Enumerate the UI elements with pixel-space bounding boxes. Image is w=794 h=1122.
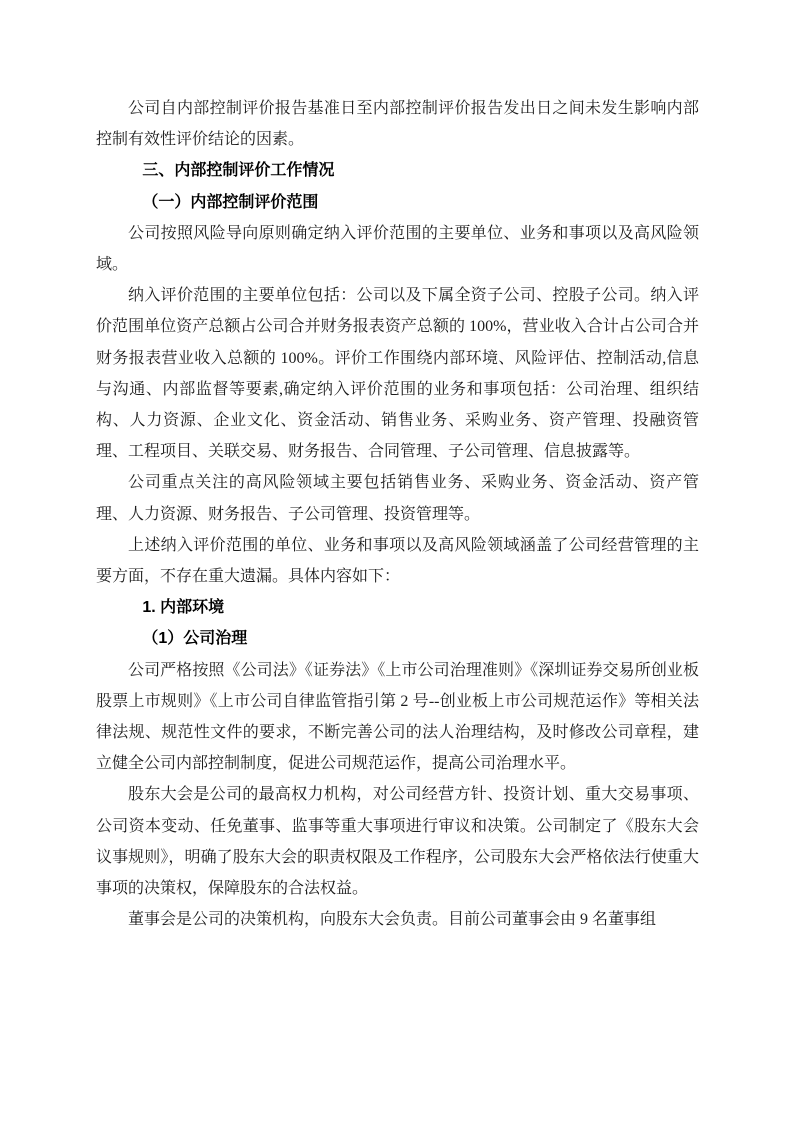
paragraph-no-major-omission: 上述纳入评价范围的单位、业务和事项以及高风险领域涵盖了公司经营管理的主要方面，不…: [96, 530, 699, 592]
paragraph-risk-oriented-principle: 公司按照风险导向原则确定纳入评价范围的主要单位、业务和事项以及高风险领域。: [96, 218, 699, 280]
paragraph-laws-and-governance-structure: 公司严格按照《公司法》《证券法》《上市公司治理准则》《深圳证券交易所创业板股票上…: [96, 655, 699, 780]
paragraph-high-risk-areas: 公司重点关注的高风险领域主要包括销售业务、采购业务、资金活动、资产管理、人力资源…: [96, 467, 699, 529]
paragraph-scope-units-and-items: 纳入评价范围的主要单位包括：公司以及下属全资子公司、控股子公司。纳入评价范围单位…: [96, 280, 699, 467]
paragraph-carryover-factors: 公司自内部控制评价报告基准日至内部控制评价报告发出日之间未发生影响内部控制有效性…: [96, 93, 699, 155]
section-heading-evaluation-work: 三、内部控制评价工作情况: [96, 155, 699, 186]
document-page: 公司自内部控制评价报告基准日至内部控制评价报告发出日之间未发生影响内部控制有效性…: [0, 0, 794, 1122]
heading-internal-environment: 1. 内部环境: [96, 592, 699, 623]
heading-corporate-governance: （1）公司治理: [96, 623, 699, 654]
paragraph-shareholders-meeting: 股东大会是公司的最高权力机构，对公司经营方针、投资计划、重大交易事项、公司资本变…: [96, 779, 699, 904]
paragraph-board-of-directors: 董事会是公司的决策机构，向股东大会负责。目前公司董事会由 9 名董事组: [96, 904, 699, 935]
subsection-heading-evaluation-scope: （一）内部控制评价范围: [96, 187, 699, 218]
